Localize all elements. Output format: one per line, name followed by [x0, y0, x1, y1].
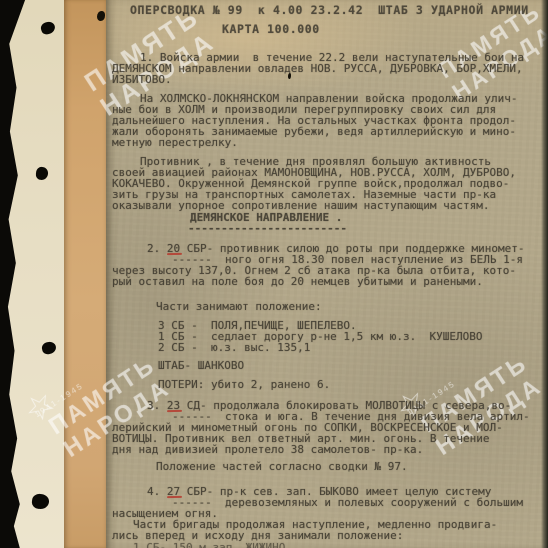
red-underline-mark — [167, 496, 182, 498]
red-underline-mark — [167, 410, 182, 412]
document-title-line: КАРТА 100.000 — [222, 24, 320, 35]
typed-line: оказывали упорное сопротивление нашим на… — [112, 200, 490, 211]
typed-line: рый оставил на поле боя до 20 немцев уби… — [112, 276, 483, 287]
typed-line: ШТАБ- ШАНКОВО — [158, 360, 244, 371]
red-underline-mark — [167, 253, 182, 255]
typed-line: Части занимают положение: — [156, 301, 322, 312]
scanned-document: ПАМЯТЬНАРОДАПАМЯТЬНАРОДА☆1941-1945ПАМЯТЬ… — [0, 0, 548, 548]
typed-line: метную перестрелку. — [112, 137, 238, 148]
typed-line: 2 СБ - ю.з. выс. 135,1 — [158, 342, 310, 353]
typed-line: ------ деревоземляных и полевых сооружен… — [172, 497, 523, 508]
typed-text-layer: ОПЕРСВОДКА № 99 к 4.00 23.2.42 ШТАБ 3 УД… — [0, 0, 548, 548]
scan-right-edge — [541, 0, 548, 548]
section-heading: ------------------------ — [188, 223, 347, 234]
typed-line: ДЕМЯНСКОМ направлении овладев НОВ. РУССА… — [112, 63, 523, 74]
typed-line: 1 СБ- 150 м зап. ЖИЖИНО — [133, 542, 285, 548]
typed-line: Положение частей согласно сводки № 97. — [156, 461, 408, 472]
document-title-line: ОПЕРСВОДКА № 99 к 4.00 23.2.42 ШТАБ 3 УД… — [130, 5, 529, 16]
typed-line: ИЗБИТОВО. — [112, 74, 172, 85]
typed-line: дня над дивизией пролетело 38 самолетов-… — [112, 444, 423, 455]
typed-line: лись вперед и исходу дня занимали положе… — [112, 530, 403, 541]
typed-line: ПОТЕРИ: убито 2, ранено 6. — [158, 379, 330, 390]
